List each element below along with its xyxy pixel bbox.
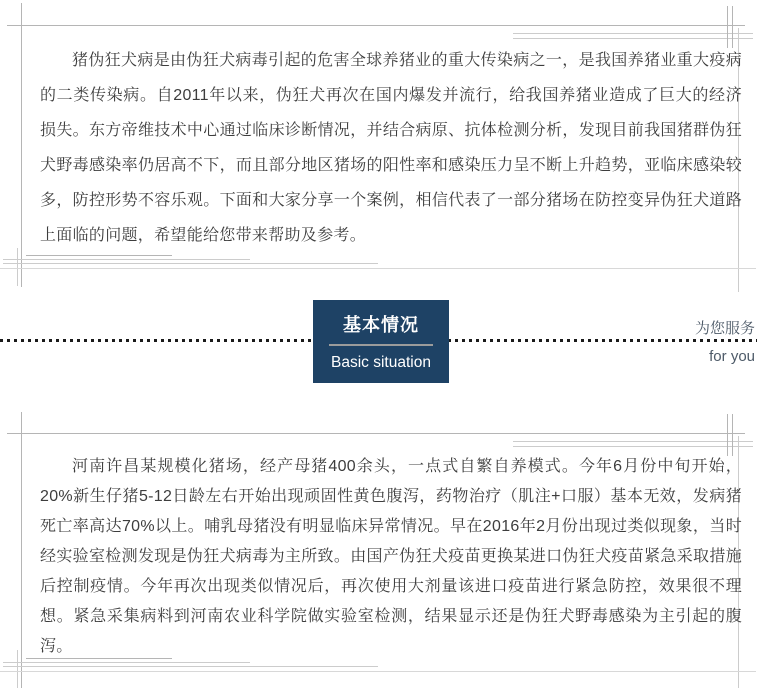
- frame2-top-hline: [7, 433, 745, 434]
- frame1-bottom-accent-hline-2: [3, 263, 378, 264]
- frame1-right-accent-vline-1: [727, 6, 728, 48]
- service-tagline: 为您服务 for you: [555, 317, 755, 365]
- service-tagline-en: for you: [555, 348, 755, 365]
- frame2-left-vline-accent: [17, 650, 18, 688]
- frame1-right-accent-vline-2: [732, 6, 733, 48]
- section-title-en: Basic situation: [331, 354, 431, 372]
- section-title-divider: [329, 344, 433, 346]
- frame1-bottom-accent-hline-1: [3, 259, 250, 260]
- frame1-bottom-short-hline: [26, 255, 172, 256]
- frame2-right-accent-vline-1: [727, 414, 728, 456]
- service-tagline-cn: 为您服务: [555, 317, 755, 338]
- case-paragraph: 河南许昌某规模化猪场，经产母猪400余头，一点式自繁自养模式。今年6月份中旬开始…: [40, 452, 742, 662]
- section-title-cn: 基本情况: [343, 311, 419, 337]
- frame1-bottom-long-hline: [0, 268, 756, 269]
- frame1-top-hline: [7, 25, 745, 26]
- frame1-top-accent-hline-2: [513, 38, 753, 39]
- frame1-left-vline: [21, 3, 22, 287]
- frame2-bottom-accent-hline-2: [3, 666, 378, 667]
- frame2-right-accent-vline-2: [732, 414, 733, 456]
- frame1-left-vline-accent: [17, 248, 18, 286]
- frame2-left-vline: [21, 412, 22, 688]
- intro-paragraph: 猪伪狂犬病是由伪狂犬病毒引起的危害全球养猪业的重大传染病之一，是我国养猪业重大疫…: [40, 43, 742, 253]
- frame2-bottom-accent-hline-1: [3, 662, 250, 663]
- frame2-top-accent-hline-2: [513, 446, 753, 447]
- section-header-box: 基本情况 Basic situation: [313, 300, 449, 383]
- frame1-top-accent-hline-1: [513, 33, 753, 34]
- frame2-bottom-long-hline: [0, 671, 756, 672]
- frame2-top-accent-hline-1: [513, 441, 753, 442]
- article-page: 猪伪狂犬病是由伪狂犬病毒引起的危害全球养猪业的重大传染病之一，是我国养猪业重大疫…: [0, 0, 760, 693]
